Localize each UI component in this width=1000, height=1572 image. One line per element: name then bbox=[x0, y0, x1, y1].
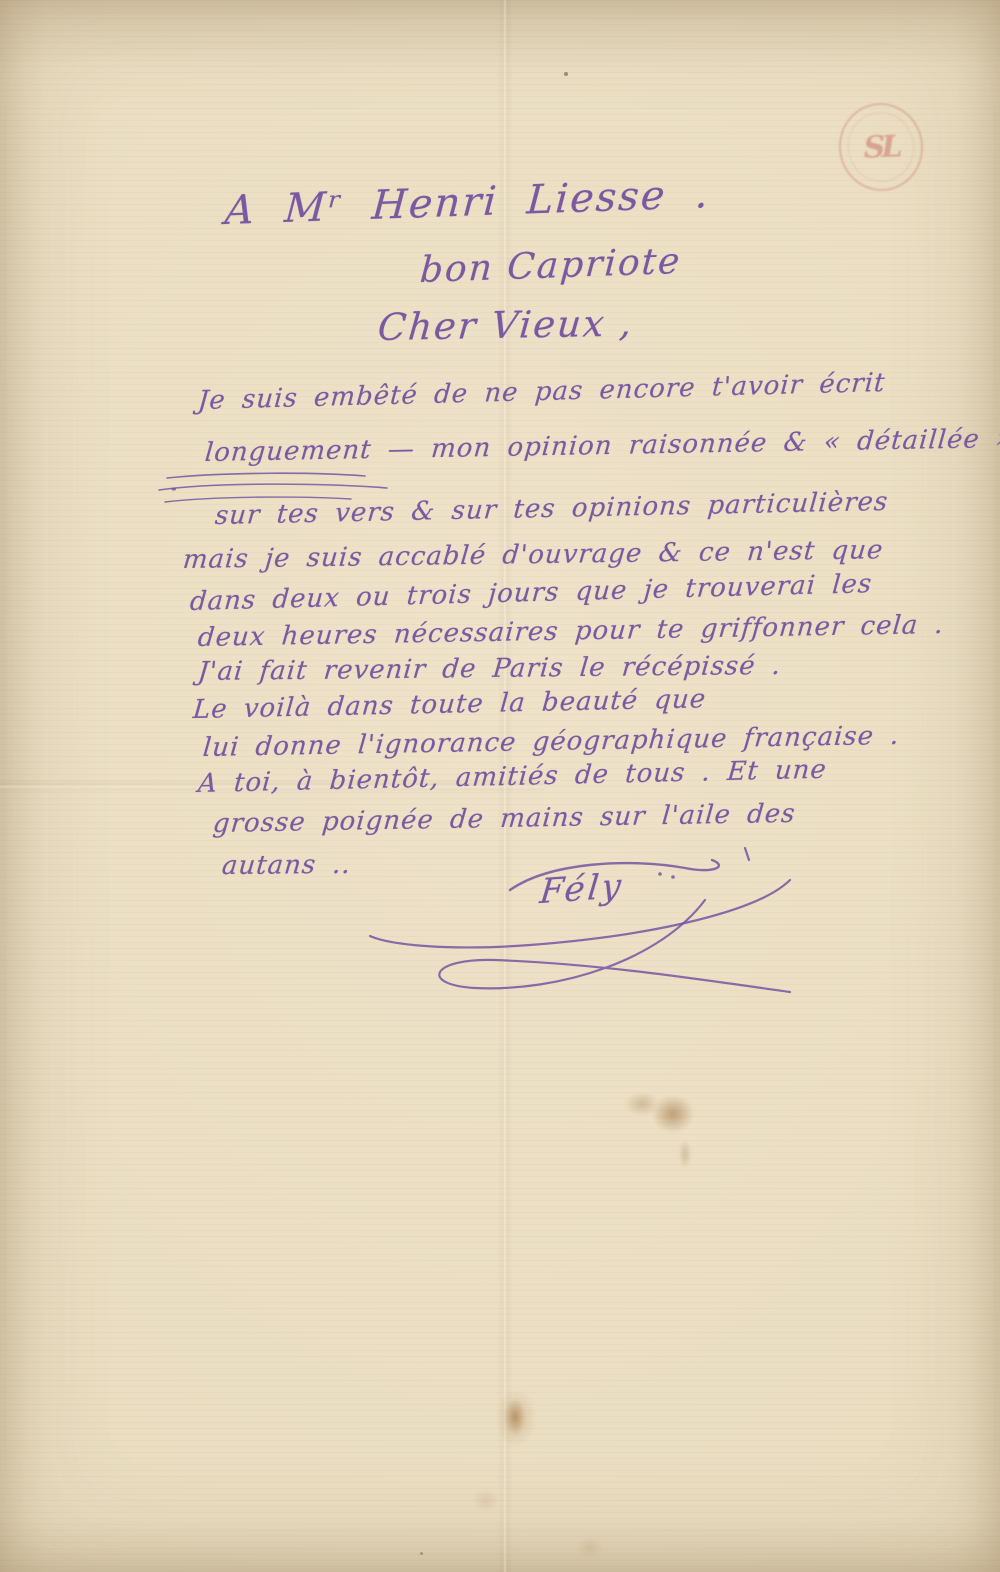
letter-line: longuement — mon opinion raisonnée & « d… bbox=[204, 424, 1000, 468]
letter-line: dans deux ou trois jours que je trouvera… bbox=[189, 569, 874, 617]
signature: Fély bbox=[538, 866, 626, 912]
letter-recipient-epithet: bon Capriote bbox=[419, 241, 683, 291]
letter-line: mais je suis accablé d'ouvrage & ce n'es… bbox=[182, 535, 885, 575]
red-seal-stamp: SL bbox=[833, 98, 928, 197]
stamp-monogram: SL bbox=[840, 104, 923, 191]
letter-line: J'ai fait revenir de Paris le récépissé … bbox=[197, 651, 783, 687]
stain bbox=[482, 1372, 552, 1467]
stain bbox=[615, 1072, 725, 1187]
letter-line: Le voilà dans toute la beauté que bbox=[192, 684, 708, 725]
letter-line: autans .. bbox=[221, 850, 353, 881]
ink-speck bbox=[420, 1552, 423, 1555]
signature-flourish bbox=[360, 840, 820, 1000]
ink-speck bbox=[564, 72, 568, 76]
letter-line: grosse poignée de mains sur l'aile des bbox=[212, 799, 797, 839]
letter-salutation: Cher Vieux , bbox=[376, 302, 635, 350]
stain bbox=[462, 1478, 510, 1522]
letter-line: deux heures nécessaires pour te griffonn… bbox=[197, 610, 946, 653]
letter-page: SL A Mʳ Henri Liesse . bon Capriote Cher… bbox=[0, 0, 1000, 1572]
letter-recipient: A Mʳ Henri Liesse . bbox=[223, 171, 711, 234]
stain bbox=[568, 1528, 612, 1568]
letter-line: Je suis embêté de ne pas encore t'avoir … bbox=[197, 368, 887, 416]
